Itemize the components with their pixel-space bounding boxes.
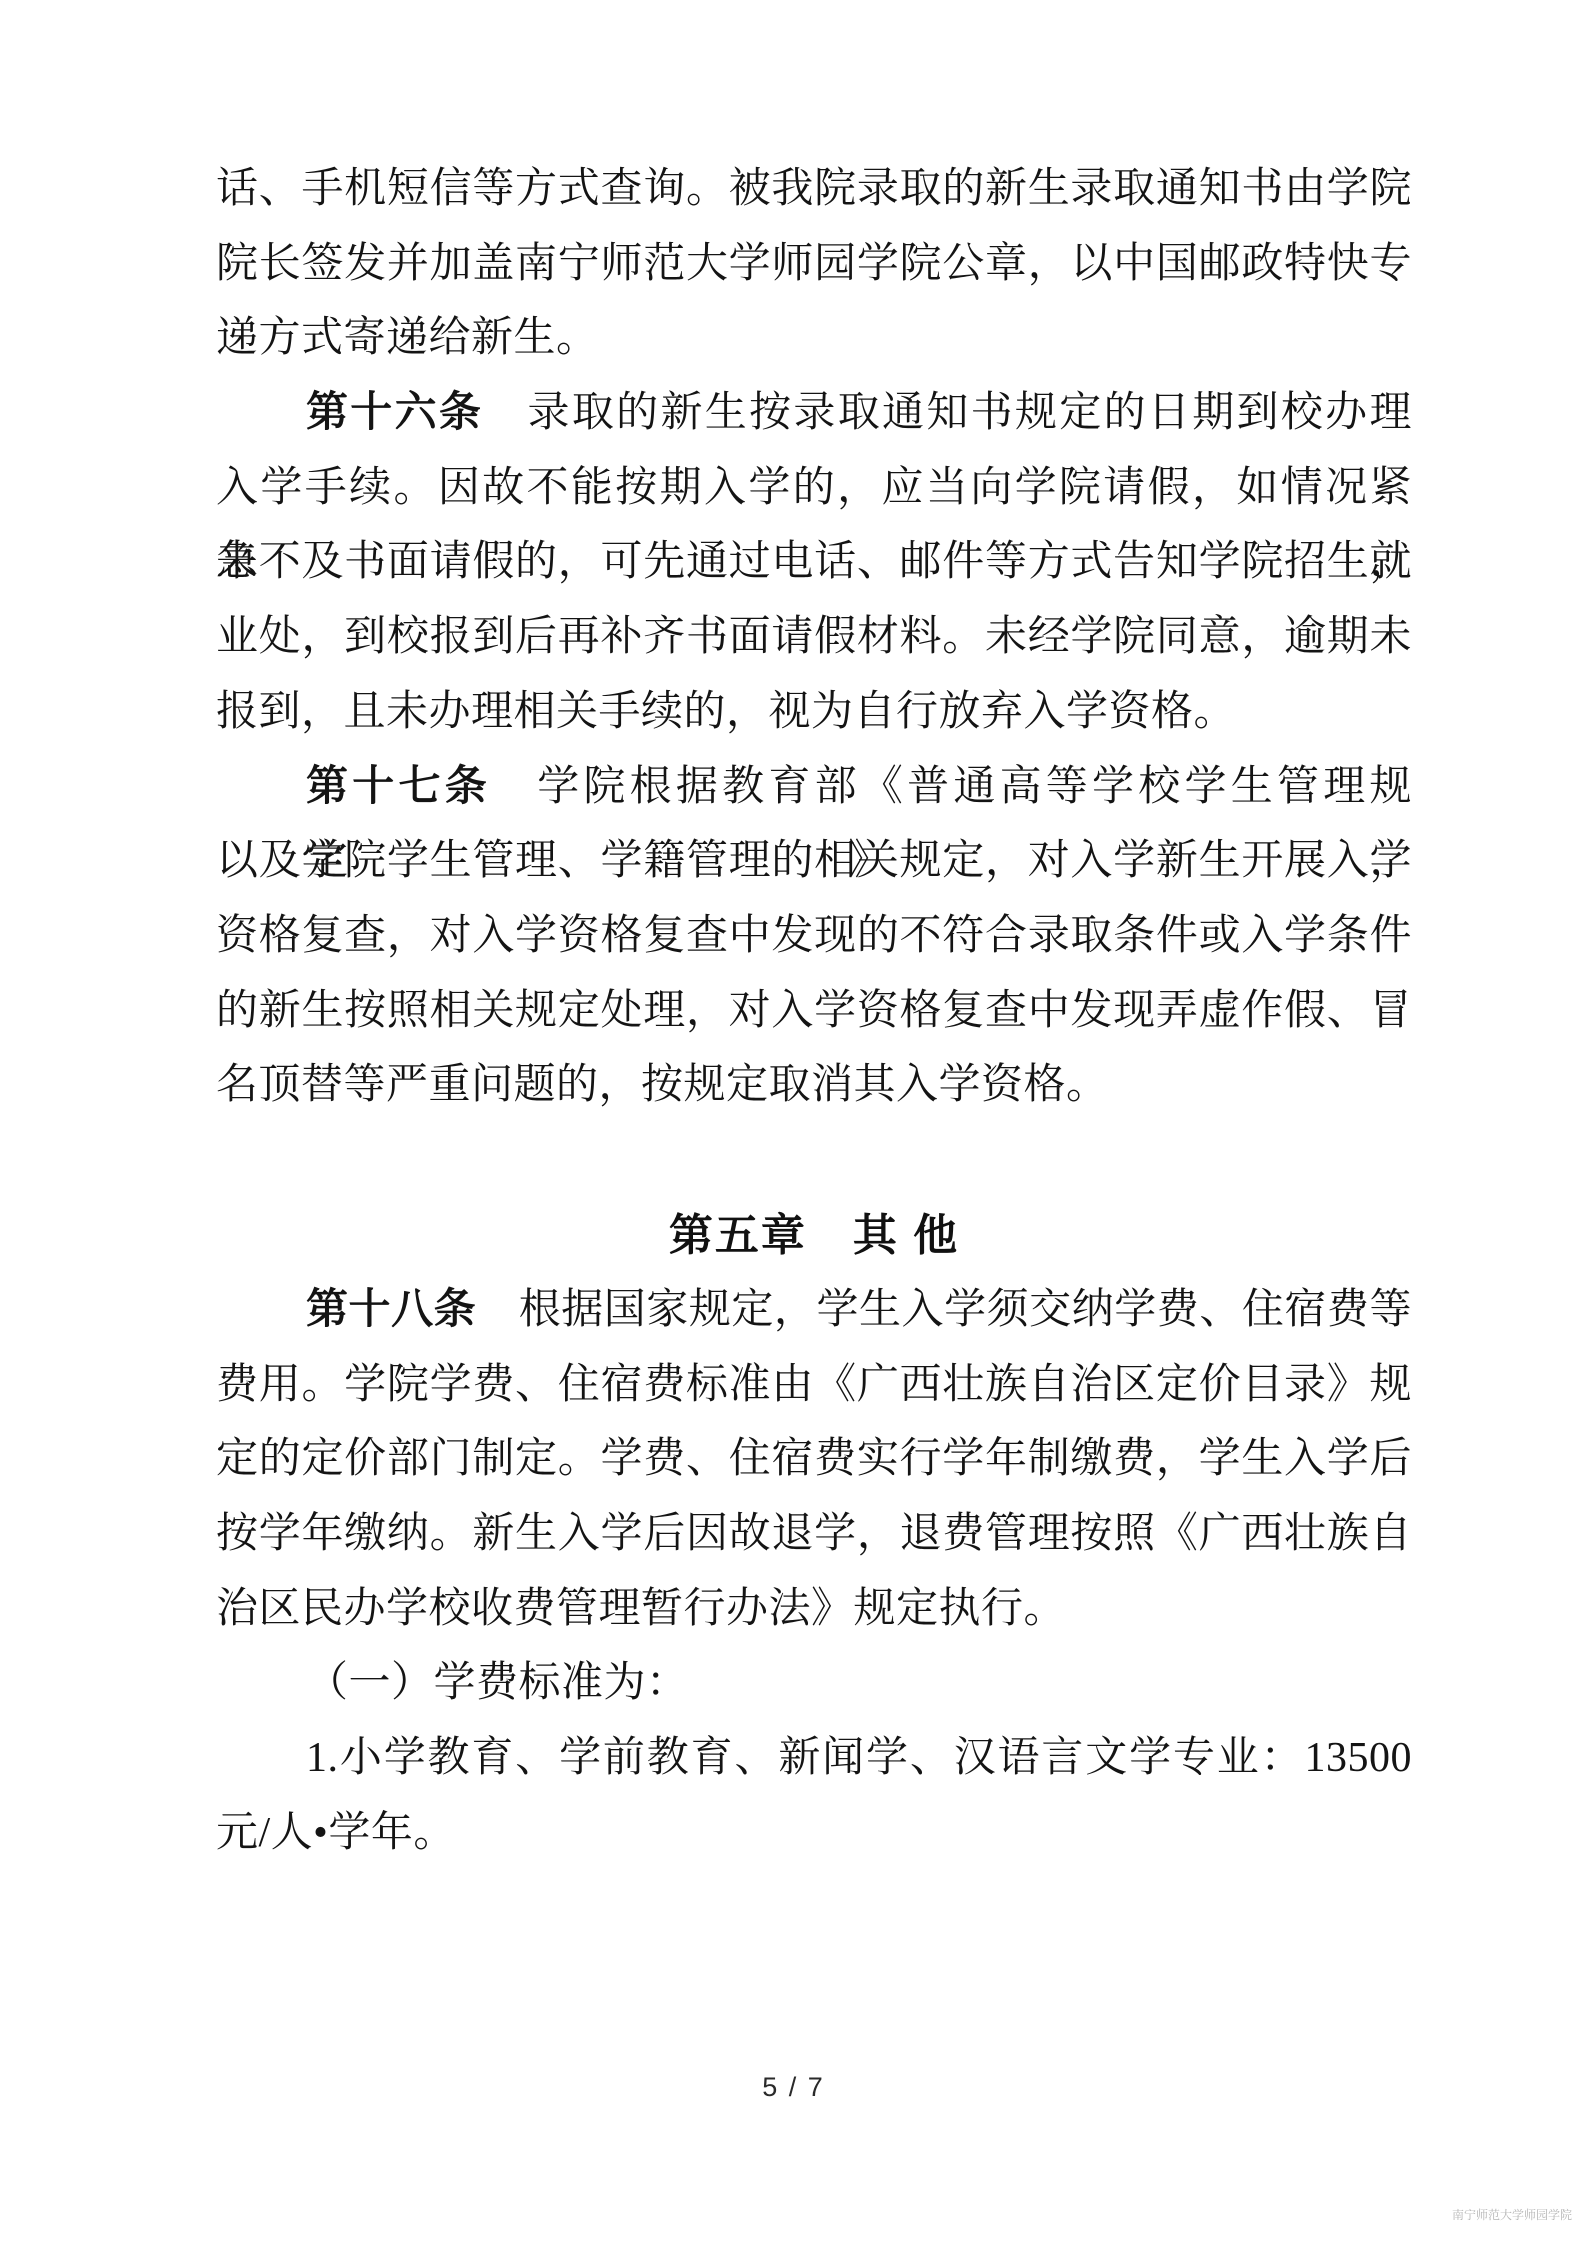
article-number: 第十七条 xyxy=(306,764,491,810)
text-line: 业处，到校报到后再补齐书面请假材料。未经学院同意，逾期未 xyxy=(216,600,1412,675)
text-line: 以及学院学生管理、学籍管理的相关规定，对入学新生开展入学 xyxy=(216,824,1412,899)
text-line: 的新生按照相关规定处理，对入学资格复查中发现弄虚作假、冒 xyxy=(216,974,1412,1049)
text-line: 院长签发并加盖南宁师范大学师园学院公章，以中国邮政特快专 xyxy=(216,227,1412,302)
chapter-heading: 第五章 其 他 xyxy=(216,1123,1412,1273)
page-number: 5 / 7 xyxy=(0,2072,1587,2103)
text-line: （一）学费标准为： xyxy=(216,1646,1412,1721)
text-line: 元/人•学年。 xyxy=(216,1796,1412,1871)
text-line: 报到，且未办理相关手续的，视为自行放弃入学资格。 xyxy=(216,675,1412,750)
article-number: 第十六条 xyxy=(306,390,483,436)
text-line: 递方式寄递给新生。 xyxy=(216,301,1412,376)
paragraphs-top: 话、手机短信等方式查询。被我院录取的新生录取通知书由学院院长签发并加盖南宁师范大… xyxy=(216,152,1412,1123)
text-line: 话、手机短信等方式查询。被我院录取的新生录取通知书由学院 xyxy=(216,152,1412,227)
article-number: 第十八条 xyxy=(306,1287,476,1333)
text-line: 第十七条 学院根据教育部《普通高等学校学生管理规定》， xyxy=(216,750,1412,825)
text-line: 费用。学院学费、住宿费标准由《广西壮族自治区定价目录》规 xyxy=(216,1348,1412,1423)
document-page: 话、手机短信等方式查询。被我院录取的新生录取通知书由学院院长签发并加盖南宁师范大… xyxy=(0,0,1587,2245)
text-line: 来不及书面请假的，可先通过电话、邮件等方式告知学院招生就 xyxy=(216,525,1412,600)
paragraphs-bottom: 第十八条 根据国家规定，学生入学须交纳学费、住宿费等费用。学院学费、住宿费标准由… xyxy=(216,1273,1412,1871)
text-line: 第十六条 录取的新生按录取通知书规定的日期到校办理 xyxy=(216,376,1412,451)
text-line: 按学年缴纳。新生入学后因故退学，退费管理按照《广西壮族自 xyxy=(216,1497,1412,1572)
text-line: 定的定价部门制定。学费、住宿费实行学年制缴费，学生入学后 xyxy=(216,1422,1412,1497)
text-line: 第十八条 根据国家规定，学生入学须交纳学费、住宿费等 xyxy=(216,1273,1412,1348)
document-body: 话、手机短信等方式查询。被我院录取的新生录取通知书由学院院长签发并加盖南宁师范大… xyxy=(216,152,1412,1870)
text-line: 1.小学教育、学前教育、新闻学、汉语言文学专业：13500 xyxy=(216,1721,1412,1796)
text-line: 名顶替等严重问题的，按规定取消其入学资格。 xyxy=(216,1048,1412,1123)
text-line: 入学手续。因故不能按期入学的，应当向学院请假，如情况紧急， xyxy=(216,451,1412,526)
text-line: 治区民办学校收费管理暂行办法》规定执行。 xyxy=(216,1572,1412,1647)
text-line: 资格复查，对入学资格复查中发现的不符合录取条件或入学条件 xyxy=(216,899,1412,974)
watermark: 南宁师范大学师园学院 xyxy=(1452,2206,1572,2223)
